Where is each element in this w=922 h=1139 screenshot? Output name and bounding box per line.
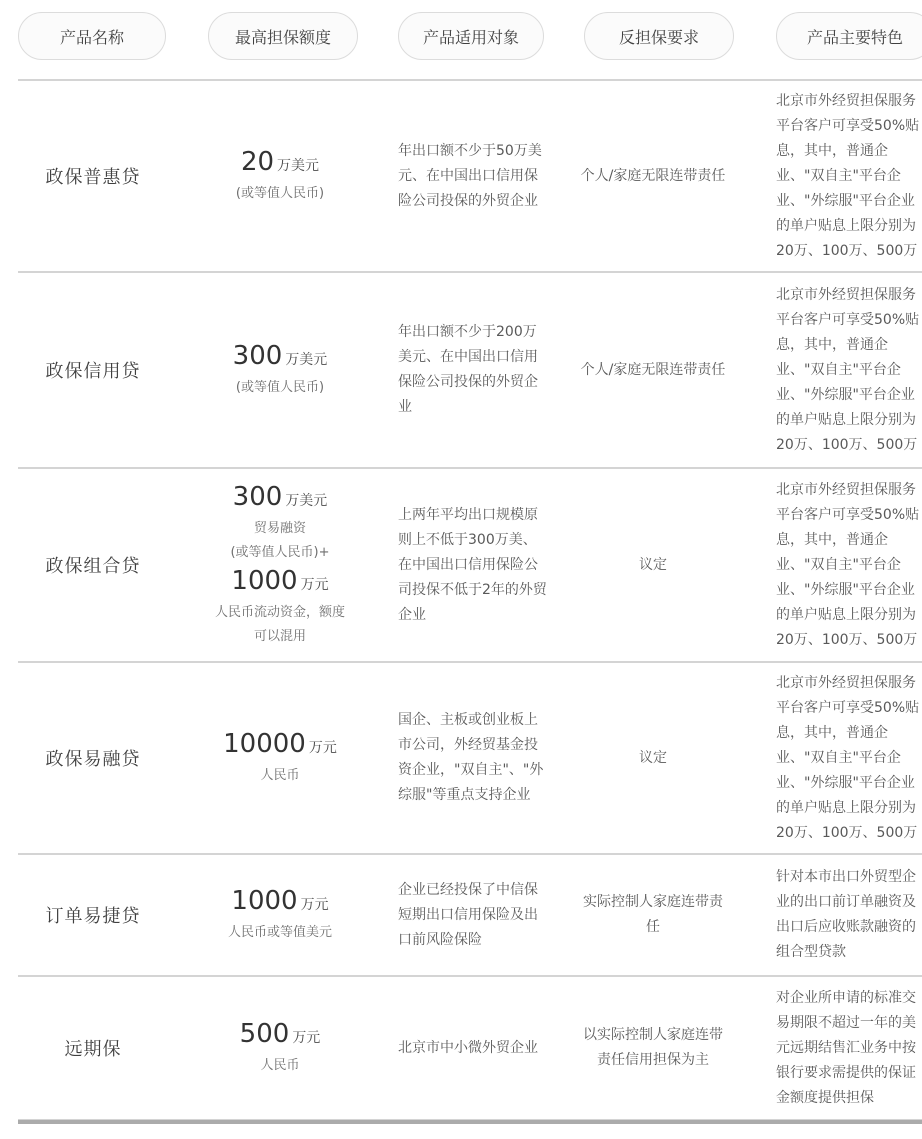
max-guarantee-amount-cell: 10000万元人民币 [186, 663, 374, 853]
amount-unit: 万元 [292, 1030, 320, 1046]
counter-guarantee-cell: 实际控制人家庭连带责任 [560, 855, 746, 975]
amount-note: 可以混用 [254, 625, 306, 649]
table-row: 远期保 500万元人民币 北京市中小微外贸企业 以实际控制人家庭连带责任信用担保… [0, 977, 922, 1119]
product-name-cell: 政保组合贷 [0, 469, 186, 661]
counter-guarantee-cell: 个人/家庭无限连带责任 [560, 81, 746, 271]
amount-value-line: 1000万元 [231, 565, 328, 601]
column-header-applicable-target: 产品适用对象 [398, 12, 544, 60]
table-row: 政保易融贷 10000万元人民币 国企、主板或创业板上市公司，外经贸基金投资企业… [0, 663, 922, 853]
amount-unit: 万美元 [285, 352, 327, 368]
product-feature-cell: 北京市外经贸担保服务平台客户可享受50%贴息，其中，普通企业、"双自主"平台企业… [746, 81, 922, 271]
amount-unit: 万元 [309, 740, 337, 756]
table-row: 政保组合贷 300万美元贸易融资(或等值人民币)+1000万元人民币流动资金，额… [0, 469, 922, 661]
max-guarantee-amount-cell: 1000万元人民币或等值美元 [186, 855, 374, 975]
product-name-cell: 远期保 [0, 977, 186, 1119]
amount-number: 500 [240, 1019, 290, 1049]
product-comparison-table: 产品名称 最高担保额度 产品适用对象 反担保要求 产品主要特色 政保普惠贷 20… [0, 0, 922, 1139]
table-header: 产品名称 最高担保额度 产品适用对象 反担保要求 产品主要特色 [0, 0, 922, 79]
max-guarantee-amount-cell: 20万美元(或等值人民币) [186, 81, 374, 271]
product-feature-cell: 北京市外经贸担保服务平台客户可享受50%贴息，其中，普通企业、"双自主"平台企业… [746, 273, 922, 467]
product-name-cell: 政保易融贷 [0, 663, 186, 853]
applicable-target-cell: 年出口额不少于50万美元、在中国出口信用保险公司投保的外贸企业 [374, 81, 560, 271]
table-row: 政保信用贷 300万美元(或等值人民币) 年出口额不少于200万美元、在中国出口… [0, 273, 922, 467]
amount-note: (或等值人民币)+ [230, 541, 329, 565]
counter-guarantee-cell: 个人/家庭无限连带责任 [560, 273, 746, 467]
max-guarantee-amount-cell: 500万元人民币 [186, 977, 374, 1119]
column-header-max-guarantee-amount: 最高担保额度 [208, 12, 358, 60]
amount-value-line: 10000万元 [223, 728, 337, 764]
amount-note: (或等值人民币) [236, 376, 324, 400]
amount-note: 人民币或等值美元 [228, 921, 332, 945]
amount-number: 300 [233, 482, 283, 512]
table-body: 政保普惠贷 20万美元(或等值人民币) 年出口额不少于50万美元、在中国出口信用… [0, 81, 922, 1124]
amount-note: 贸易融资 [254, 517, 306, 541]
amount-number: 20 [241, 147, 274, 177]
table-row: 政保普惠贷 20万美元(或等值人民币) 年出口额不少于50万美元、在中国出口信用… [0, 81, 922, 271]
applicable-target-cell: 上两年平均出口规模原则上不低于300万美、在中国出口信用保险公司投保不低于2年的… [374, 469, 560, 661]
column-header-label: 反担保要求 [619, 25, 699, 48]
amount-unit: 万美元 [277, 158, 319, 174]
amount-value-line: 20万美元 [241, 146, 319, 182]
amount-value-line: 1000万元 [231, 885, 328, 921]
amount-unit: 万美元 [285, 493, 327, 509]
amount-unit: 万元 [301, 577, 329, 593]
max-guarantee-amount-cell: 300万美元(或等值人民币) [186, 273, 374, 467]
column-header-label: 产品名称 [60, 25, 124, 48]
amount-number: 10000 [223, 729, 306, 759]
counter-guarantee-cell: 议定 [560, 663, 746, 853]
column-header-label: 产品主要特色 [807, 25, 903, 48]
applicable-target-cell: 企业已经投保了中信保短期出口信用保险及出口前风险保险 [374, 855, 560, 975]
amount-number: 1000 [231, 566, 297, 596]
column-header-label: 产品适用对象 [423, 25, 519, 48]
table-row: 订单易捷贷 1000万元人民币或等值美元 企业已经投保了中信保短期出口信用保险及… [0, 855, 922, 975]
amount-number: 1000 [231, 886, 297, 916]
amount-value-line: 300万美元 [233, 340, 328, 376]
amount-number: 300 [233, 341, 283, 371]
product-name-cell: 订单易捷贷 [0, 855, 186, 975]
product-name-cell: 政保普惠贷 [0, 81, 186, 271]
column-header-product-name: 产品名称 [18, 12, 166, 60]
counter-guarantee-cell: 以实际控制人家庭连带责任信用担保为主 [560, 977, 746, 1119]
column-header-counter-guarantee: 反担保要求 [584, 12, 734, 60]
amount-value-line: 500万元 [240, 1018, 321, 1054]
amount-note: 人民币流动资金，额度 [215, 601, 345, 625]
applicable-target-cell: 国企、主板或创业板上市公司，外经贸基金投资企业，"双自主"、"外综服"等重点支持… [374, 663, 560, 853]
applicable-target-cell: 年出口额不少于200万美元、在中国出口信用保险公司投保的外贸企业 [374, 273, 560, 467]
counter-guarantee-cell: 议定 [560, 469, 746, 661]
applicable-target-cell: 北京市中小微外贸企业 [374, 977, 560, 1119]
max-guarantee-amount-cell: 300万美元贸易融资(或等值人民币)+1000万元人民币流动资金，额度可以混用 [186, 469, 374, 661]
amount-note: (或等值人民币) [236, 182, 324, 206]
product-feature-cell: 北京市外经贸担保服务平台客户可享受50%贴息，其中，普通企业、"双自主"平台企业… [746, 663, 922, 853]
table-bottom-border [18, 1119, 922, 1124]
amount-value-line: 300万美元 [233, 481, 328, 517]
amount-note: 人民币 [260, 1054, 299, 1078]
amount-note: 人民币 [260, 764, 299, 788]
column-header-product-features: 产品主要特色 [776, 12, 922, 60]
amount-unit: 万元 [301, 897, 329, 913]
product-feature-cell: 针对本市出口外贸型企业的出口前订单融资及出口后应收账款融资的组合型贷款 [746, 855, 922, 975]
product-feature-cell: 对企业所申请的标准交易期限不超过一年的美元远期结售汇业务中按银行要求需提供的保证… [746, 977, 922, 1119]
product-name-cell: 政保信用贷 [0, 273, 186, 467]
product-feature-cell: 北京市外经贸担保服务平台客户可享受50%贴息，其中，普通企业、"双自主"平台企业… [746, 469, 922, 661]
column-header-label: 最高担保额度 [235, 25, 331, 48]
